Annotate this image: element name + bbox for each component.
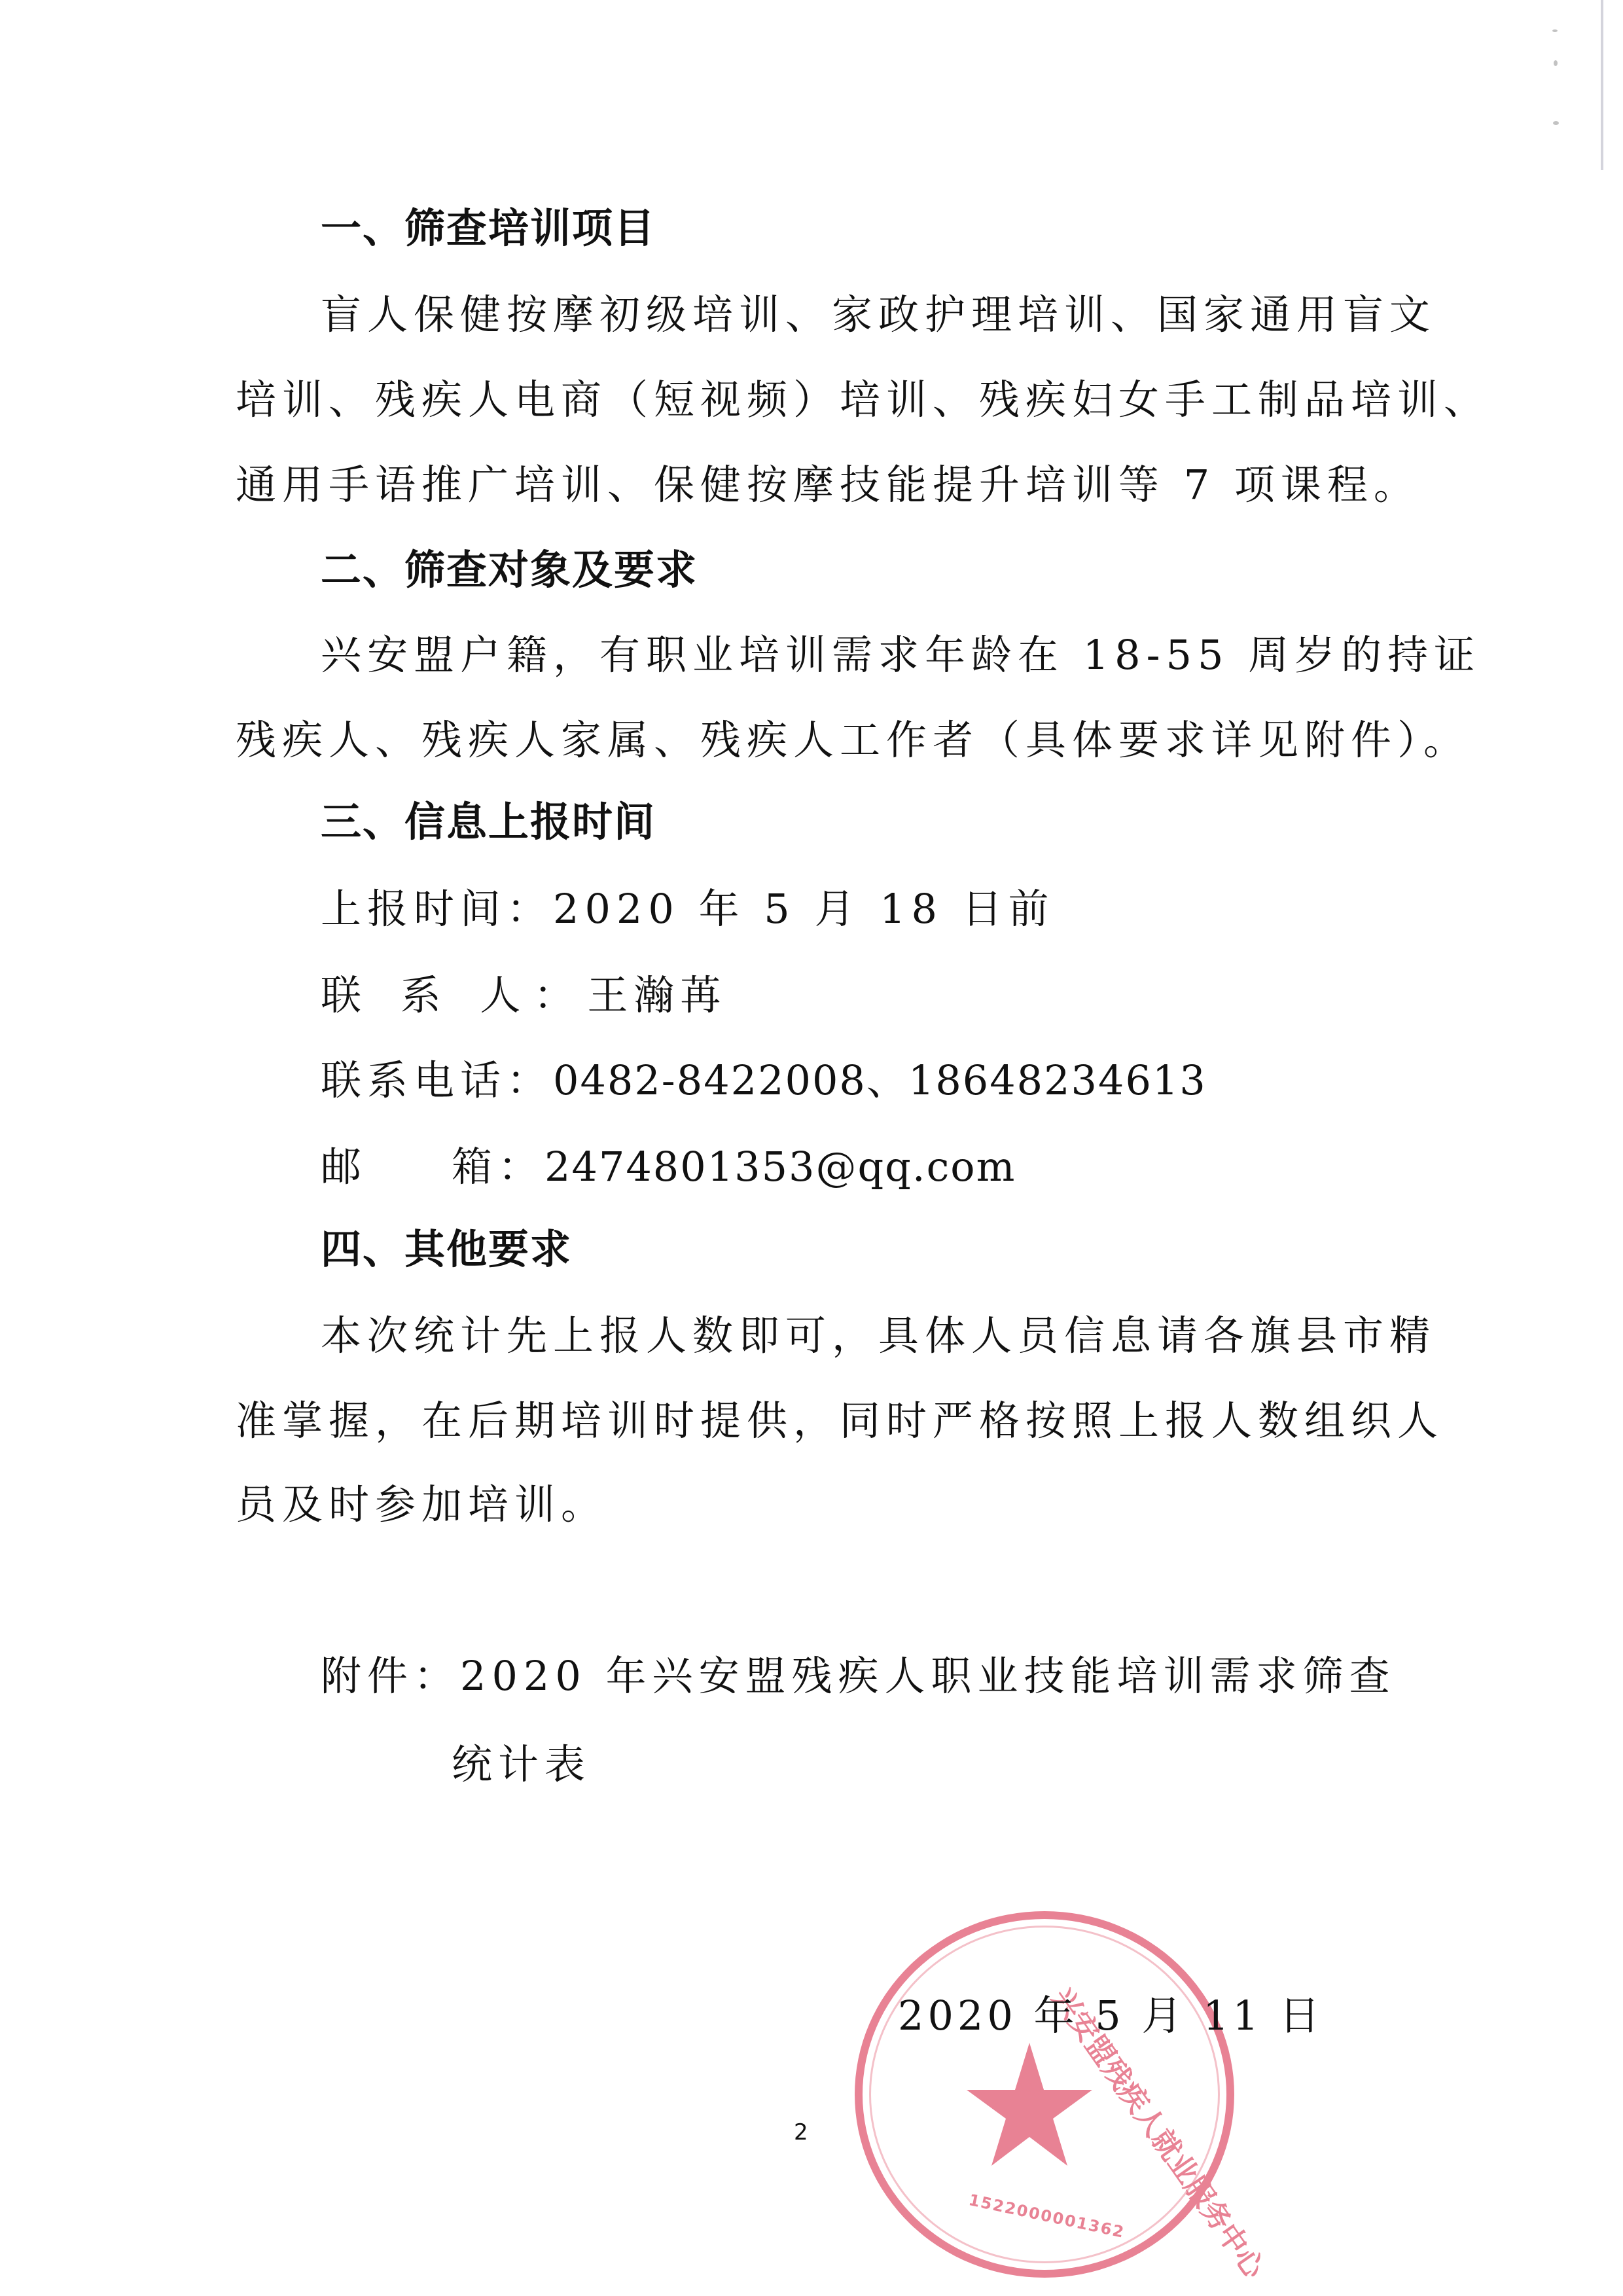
official-seal: 兴安盟残疾人就业服务中心 1522000001362	[855, 1911, 1234, 2278]
paragraph-line: 培训、残疾人电商（短视频）培训、残疾妇女手工制品培训、	[236, 380, 1490, 420]
star-icon	[964, 2040, 1095, 2171]
contact-person-value: 王瀚苒	[587, 971, 726, 1019]
document-page: 一、筛查培训项目 盲人保健按摩初级培训、家政护理培训、国家通用盲文 培训、残疾人…	[0, 0, 1623, 2296]
paragraph-line: 通用手语推广培训、保健按摩技能提升培训等 7 项课程。	[236, 465, 1420, 505]
section-heading-2: 二、筛查对象及要求	[321, 550, 698, 590]
contact-phone-row: 联系电话：0482-8422008、18648234613	[321, 1060, 1207, 1101]
email-row: 邮箱：2474801353@qq.com	[321, 1147, 1016, 1187]
section-heading-4: 四、其他要求	[321, 1229, 572, 1270]
scan-artifact	[1552, 29, 1558, 32]
contact-phone-value: 0482-8422008、18648234613	[553, 1056, 1207, 1104]
paragraph-line: 兴安盟户籍，有职业培训需求年龄在 18-55 周岁的持证	[321, 635, 1480, 675]
email-label-b: 箱：	[452, 1143, 544, 1191]
page-number: 2	[794, 2119, 808, 2145]
email-label-a: 邮	[321, 1147, 452, 1187]
contact-person-label: 联 系 人：	[321, 971, 587, 1019]
paragraph-line: 员及时参加培训。	[236, 1484, 607, 1525]
scan-artifact	[1553, 121, 1559, 125]
attachment-line-2: 统计表	[452, 1744, 591, 1785]
paragraph-line: 本次统计先上报人数即可，具体人员信息请各旗县市精	[321, 1316, 1436, 1356]
section-heading-1: 一、筛查培训项目	[321, 208, 656, 249]
paragraph-line: 盲人保健按摩初级培训、家政护理培训、国家通用盲文	[321, 295, 1436, 335]
scan-artifact	[1554, 60, 1558, 66]
scan-edge-line	[1601, 0, 1603, 170]
section-heading-3: 三、信息上报时间	[321, 802, 656, 842]
paragraph-line: 准掌握，在后期培训时提供，同时严格按照上报人数组织人	[236, 1401, 1444, 1441]
report-time-row: 上报时间：2020 年 5 月 18 日前	[321, 889, 1055, 929]
paragraph-line: 残疾人、残疾人家属、残疾人工作者（具体要求详见附件）。	[236, 720, 1470, 761]
signature-date: 2020 年 5 月 11 日	[898, 1983, 1324, 2041]
contact-phone-label: 联系电话：	[321, 1056, 553, 1104]
contact-person-row: 联 系 人：王瀚苒	[321, 975, 726, 1016]
email-value: 2474801353@qq.com	[544, 1143, 1016, 1191]
report-time-value: 2020 年 5 月 18 日前	[553, 885, 1055, 933]
report-time-label: 上报时间：	[321, 885, 553, 933]
attachment-line-1: 附件：2020 年兴安盟残疾人职业技能培训需求筛查	[321, 1656, 1396, 1696]
